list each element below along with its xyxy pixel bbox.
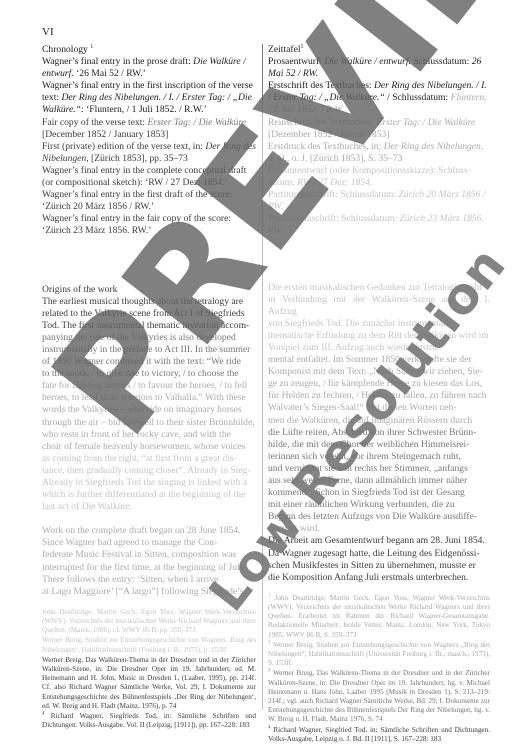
zeittafel-heading: Zeittafel1 — [268, 44, 490, 56]
column-divider-top — [262, 44, 263, 104]
chronology-entry: First (private) edition of the verse tex… — [42, 141, 256, 165]
entstehung-paragraph: Die ersten musikalischen Gedanken zur Te… — [268, 282, 490, 536]
footnotes: John Deathridge, Martin Geck, Egon Voss,… — [42, 608, 256, 731]
column-divider — [262, 44, 263, 709]
page-number: VI — [42, 26, 54, 38]
footnote: 4 Richard Wagner, Siegfried Tod, in: Säm… — [268, 726, 490, 744]
footnote: 2 Werner Breig, Studien zur Entstehungsg… — [268, 641, 490, 669]
origins-paragraph: The earliest musical thoughts about the … — [42, 296, 256, 514]
chronology-entry: Wagner’s final entry in the fair copy of… — [42, 213, 256, 237]
zeittafel-entry: Partiturerstschrift: Schlussdatum: Züric… — [268, 189, 490, 213]
english-column: Chronology 1 Wagner’s final entry in the… — [42, 44, 256, 731]
german-column: Zeittafel1 Prosaentwurf: Die Walküre / e… — [266, 44, 490, 745]
zeittafel-entry: Partiturreinschrift: Schlussdatum: Züric… — [268, 213, 490, 237]
work-paragraph: Work on the complete draft began on 28 J… — [42, 525, 256, 598]
chronology-entry: Wagner’s final entry in the first inscri… — [42, 80, 256, 116]
zeittafel-entry: Erstschrift des Textbuches: Der Ring des… — [268, 80, 490, 116]
chronology-entry: Wagner’s final entry in the complete con… — [42, 165, 256, 189]
footnote: 3 Werner Breig, Das Walküren-Thema in de… — [268, 669, 490, 724]
zeittafel-entry: Erstdruck des Textbuches, in: Der Ring d… — [268, 141, 490, 165]
footnote: 1 John Deathridge, Martin Geck, Egon Vos… — [268, 594, 490, 640]
footnote: Werner Breig, Das Walküren-Thema in der … — [42, 656, 256, 711]
zeittafel-entry: Prosaentwurf: Die Walküre / entwurf. Sch… — [268, 56, 490, 80]
footnote: John Deathridge, Martin Geck, Egon Voss,… — [42, 608, 256, 636]
footnotes: 1 John Deathridge, Martin Geck, Egon Vos… — [268, 594, 490, 744]
zeittafel-entry: Reinschrift des Textbuches: Erster Tag: … — [268, 117, 490, 141]
chronology-entry: Wagner’s final entry in the prose draft:… — [42, 56, 256, 80]
origins-heading: Origins of the work — [42, 284, 256, 296]
footnote: Werner Breig, Studien zur Entstehungsges… — [42, 636, 256, 654]
footnote: 4 Richard Wagner, Siegfrieds Tod, in: Sä… — [42, 712, 256, 730]
zeittafel-entry: Gesamtentwurf (oder Kompositionsskizze):… — [268, 165, 490, 189]
chronology-entry: Wagner’s final entry in the first draft … — [42, 189, 256, 213]
chronology-entry: Fair copy of the verse text: Erster Tag:… — [42, 117, 256, 141]
arbeit-paragraph: Die Arbeit am Gesamtentwurf begann am 28… — [268, 535, 490, 583]
chronology-heading: Chronology 1 — [42, 44, 256, 56]
